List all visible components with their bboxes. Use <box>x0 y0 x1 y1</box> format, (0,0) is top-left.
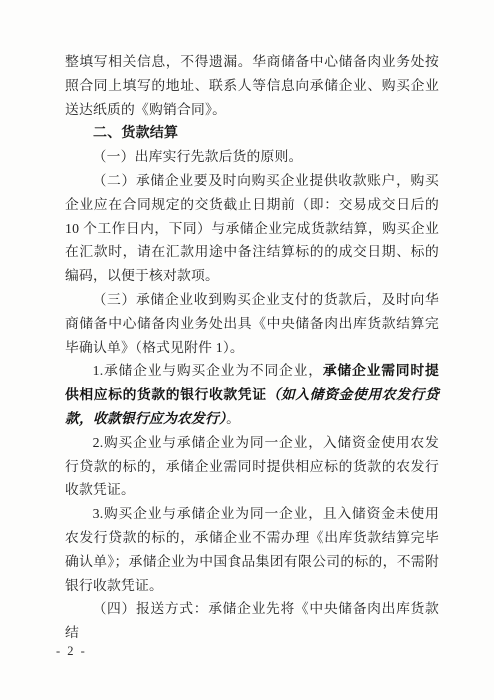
paragraph-item-3-confirmation: （三）承储企业收到购买企业支付的货款后，及时向华商储备中心储备肉业务处出具《中央… <box>65 288 439 359</box>
heading-text: 二、货款结算 <box>93 124 178 140</box>
page-number: - 2 - <box>56 644 87 659</box>
document-page: 整填写相关信息，不得遗漏。华商储备中心储备肉业务处按照合同上填写的地址、联系人等… <box>0 0 494 700</box>
document-body: 整填写相关信息，不得遗漏。华商储备中心储备肉业务处按照合同上填写的地址、联系人等… <box>65 50 439 645</box>
paragraph-text: （三）承储企业收到购买企业支付的货款后，及时向华商储备中心储备肉业务处出具《中央… <box>65 292 439 355</box>
paragraph-contract-delivery: 整填写相关信息，不得遗漏。华商储备中心储备肉业务处按照合同上填写的地址、联系人等… <box>65 50 439 121</box>
paragraph-text: （四）报送方式：承储企业先将《中央储备肉出库货款结 <box>65 601 439 640</box>
paragraph-sub-1-different-enterprise: 1.承储企业与购买企业为不同企业，承储企业需同时提供相应标的货款的银行收款凭证（… <box>65 359 439 430</box>
section-heading-payment-settlement: 二、货款结算 <box>65 121 439 145</box>
paragraph-item-1-principle: （一）出库实行先款后货的原则。 <box>65 145 439 169</box>
paragraph-text: 。 <box>226 411 240 426</box>
paragraph-text: 整填写相关信息，不得遗漏。华商储备中心储备肉业务处按照合同上填写的地址、联系人等… <box>65 54 439 117</box>
paragraph-text: （二）承储企业要及时向购买企业提供收款账户，购买企业应在合同规定的交货截止日期前… <box>65 173 439 283</box>
paragraph-text: 2.购买企业与承储企业为同一企业，入储资金使用农发行贷款的标的，承储企业需同时提… <box>65 435 439 498</box>
paragraph-text: 1.承储企业与购买企业为不同企业， <box>93 363 323 378</box>
paragraph-item-2-account: （二）承储企业要及时向购买企业提供收款账户，购买企业应在合同规定的交货截止日期前… <box>65 169 439 288</box>
paragraph-sub-2-same-enterprise-adbc: 2.购买企业与承储企业为同一企业，入储资金使用农发行贷款的标的，承储企业需同时提… <box>65 431 439 502</box>
paragraph-sub-3-same-enterprise-no-adbc: 3.购买企业与承储企业为同一企业，且入储资金未使用农发行贷款的标的，承储企业不需… <box>65 502 439 597</box>
paragraph-item-4-submission: （四）报送方式：承储企业先将《中央储备肉出库货款结 <box>65 597 439 645</box>
paragraph-text: （一）出库实行先款后货的原则。 <box>93 149 303 164</box>
paragraph-text: 3.购买企业与承储企业为同一企业，且入储资金未使用农发行贷款的标的，承储企业不需… <box>65 506 439 592</box>
